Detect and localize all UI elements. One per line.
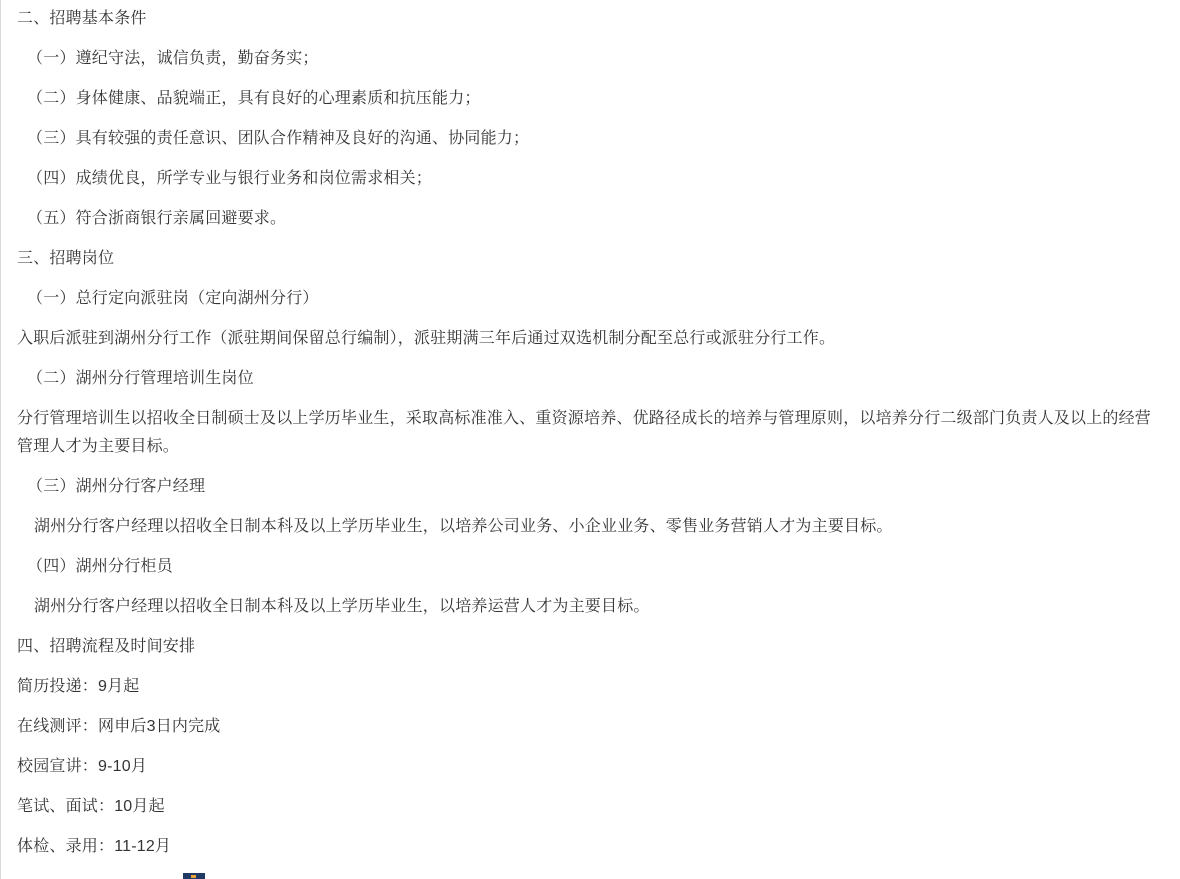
article-content: 二、招聘基本条件 （一）遵纪守法，诚信负责，勤奋务实； （二）身体健康、品貌端正… [0,0,1180,879]
schedule-written-interview: 笔试、面试：10月起 [1,793,1180,821]
position-3-description: 湖州分行客户经理以招收全日制本科及以上学历毕业生，以培养公司业务、小企业业务、零… [1,513,1180,541]
position-item-1: （一）总行定向派驻岗（定向湖州分行） [1,285,1180,313]
schedule-physical-hiring: 体检、录用：11-12月 [1,833,1180,861]
schedule-resume-submission: 简历投递：9月起 [1,673,1180,701]
position-1-description: 入职后派驻到湖州分行工作（派驻期间保留总行编制），派驻期满三年后通过双选机制分配… [1,325,1180,353]
section-heading-positions: 三、招聘岗位 [1,245,1180,273]
position-4-description: 湖州分行客户经理以招收全日制本科及以上学历毕业生，以培养运营人才为主要目标。 [1,593,1180,621]
condition-item-3: （三）具有较强的责任意识、团队合作精神及良好的沟通、协同能力； [1,125,1180,153]
schedule-campus-talks: 校园宣讲：9-10月 [1,753,1180,781]
condition-item-4: （四）成绩优良，所学专业与银行业务和岗位需求相关； [1,165,1180,193]
position-item-4: （四）湖州分行柜员 [1,553,1180,581]
section-heading-process-schedule: 四、招聘流程及时间安排 [1,633,1180,661]
section-heading-basic-conditions: 二、招聘基本条件 [1,5,1180,33]
condition-item-1: （一）遵纪守法，诚信负责，勤奋务实； [1,45,1180,73]
position-item-2: （二）湖州分行管理培训生岗位 [1,365,1180,393]
position-2-description: 分行管理培训生以招收全日制硕士及以上学历毕业生，采取高标准准入、重资源培养、优路… [1,405,1180,461]
cutoff-footer-artifact-dot [191,875,196,878]
schedule-online-assessment: 在线测评：网申后3日内完成 [1,713,1180,741]
position-item-3: （三）湖州分行客户经理 [1,473,1180,501]
condition-item-5: （五）符合浙商银行亲属回避要求。 [1,205,1180,233]
condition-item-2: （二）身体健康、品貌端正，具有良好的心理素质和抗压能力； [1,85,1180,113]
